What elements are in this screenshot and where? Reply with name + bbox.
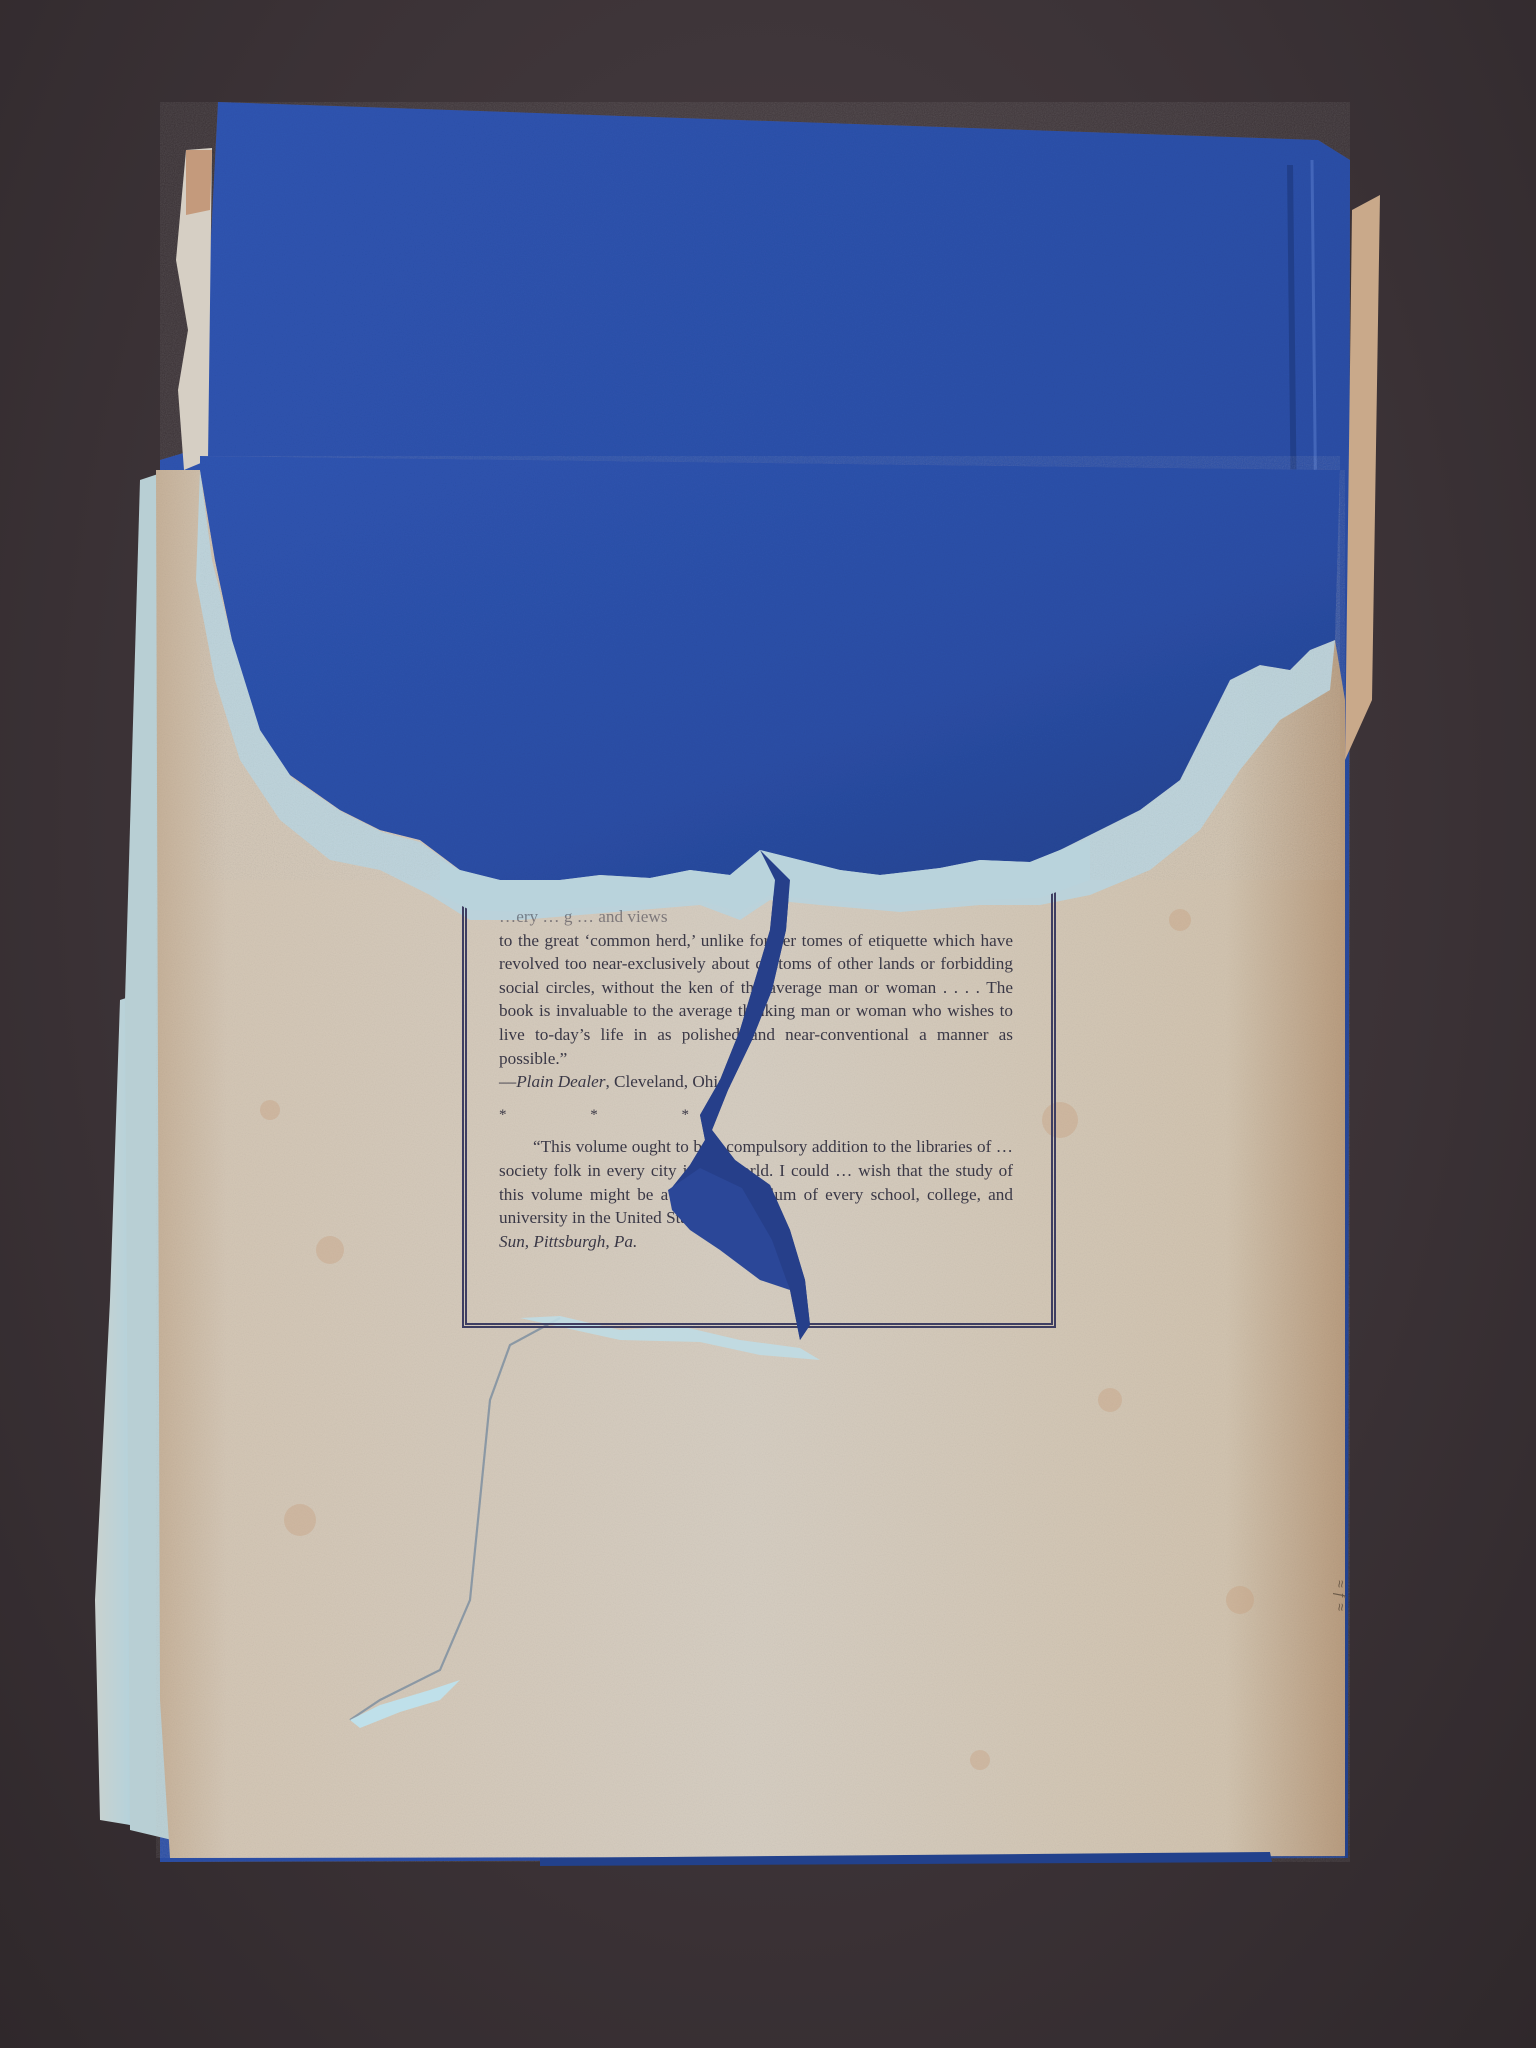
photo-scene: …ery … g … and views to the great ‘commo… <box>0 0 1536 2048</box>
pencil-marks: ≈ ƒ ≈ <box>1335 1580 1349 1720</box>
review-2-text: “This volume ought to be a compulsory ad… <box>499 1135 1013 1229</box>
review-1-source: —Plain Dealer, Cleveland, Ohio. <box>499 1070 1013 1094</box>
review-1-text: to the great ‘common herd,’ unlike forme… <box>499 929 1013 1071</box>
review-2-source: Sun, Pittsburgh, Pa. <box>499 1230 1013 1254</box>
separator-stars: * * * <box>499 1104 1013 1128</box>
review-box: …ery … g … and views to the great ‘commo… <box>462 882 1056 1328</box>
review-1-source-name: Plain Dealer <box>516 1072 605 1091</box>
review-2-source-name: Sun <box>499 1232 525 1251</box>
review-2-source-place: , Pittsburgh, Pa. <box>525 1232 638 1251</box>
review-1-source-place: , Cleveland, Ohio. <box>605 1072 731 1091</box>
review-1-fragment: …ery … g … and views <box>499 905 1013 929</box>
